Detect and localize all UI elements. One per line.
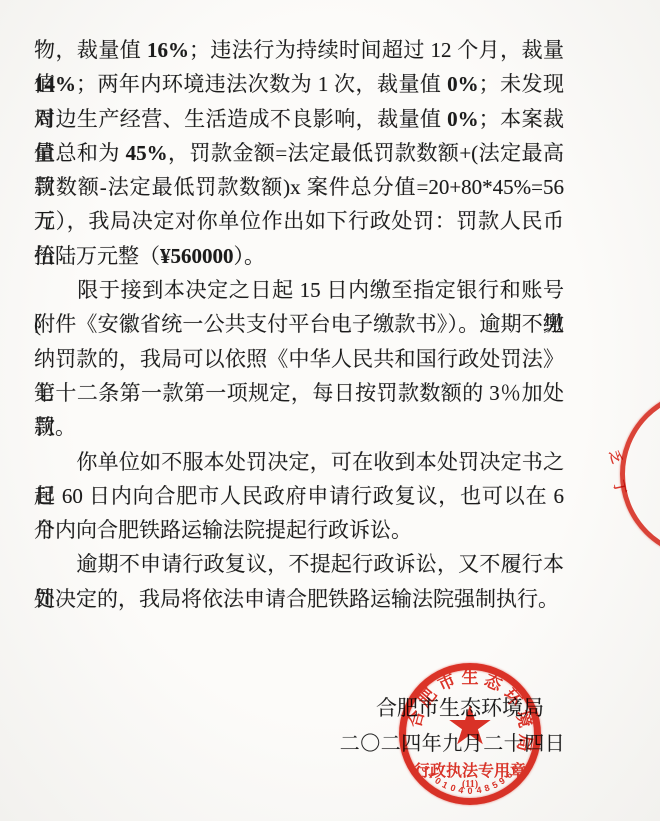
body-text: 款。 (34, 415, 76, 439)
seal-arc-character: 局 (514, 732, 535, 753)
document-line: 限于接到本决定之日起 15 日内缴至指定银行和账号(见 (34, 273, 564, 307)
document-line: 款数额-法定最低罚款数额)x 案件总分值=20+80*45%=56 万 (34, 170, 564, 204)
edge-partial-seal (620, 389, 660, 559)
body-text: 罚决定的，我局将依法申请合肥铁路运输法院强制执行。 (34, 587, 559, 611)
document-line: 罚决定的，我局将依法申请合肥铁路运输法院强制执行。 (34, 582, 564, 616)
emphasized-text: 16% (147, 38, 189, 62)
document-line: 七十二条第一款第一项规定，每日按罚款数额的 3％加处罚 (34, 376, 564, 410)
document-line: 附件《安徽省统一公共支付平台电子缴款书》）。逾期不缴 (34, 307, 564, 341)
document-line: 月内向合肥铁路运输法院提起行政诉讼。 (34, 513, 564, 547)
body-text: 月内向合肥铁路运输法院提起行政诉讼。 (34, 518, 412, 542)
emphasized-text: 14% (34, 72, 76, 96)
document-line: 周边生产经营、生活造成不良影响，裁量值 0%；本案裁量 (34, 102, 564, 136)
document-line: 拾陆万元整（¥560000）。 (34, 239, 564, 273)
document-line: 元），我局决定对你单位作出如下行政处罚：罚款人民币伍 (34, 204, 564, 238)
document-line: 14%；两年内环境违法次数为 1 次，裁量值 0%；未发现对 (34, 67, 564, 101)
body-text: 周边生产经营、生活造成不良影响，裁量值 (34, 107, 447, 131)
seal-code-digit: 0 (466, 786, 474, 796)
body-text: 拾陆万元整（ (34, 244, 160, 268)
document-body: 物，裁量值 16%；违法行为持续时间超过 12 个月，裁量值14%；两年内环境违… (34, 33, 564, 616)
document-line: 逾期不申请行政复议，不提起行政诉讼，又不履行本处 (34, 547, 564, 581)
official-seal: ★ 行政执法专用章 (11) 合肥市生态环境局3401040485963 (399, 663, 541, 805)
seal-arc-character: 生 (461, 669, 479, 687)
star-icon: ★ (446, 699, 494, 753)
scanned-penalty-decision-page: 物，裁量值 16%；违法行为持续时间超过 12 个月，裁量值14%；两年内环境违… (0, 0, 660, 821)
emphasized-text: 0% (447, 107, 479, 131)
body-text: ）。 (234, 244, 266, 268)
body-text: ；两年内环境违法次数为 1 次，裁量值 (76, 72, 447, 96)
body-text: 值总和为 (34, 141, 126, 165)
document-line: 你单位如不服本处罚决定，可在收到本处罚决定书之日 (34, 445, 564, 479)
body-text: 物，裁量值 (34, 38, 147, 62)
document-line: 起 60 日内向合肥市人民政府申请行政复议，也可以在 6 个 (34, 479, 564, 513)
document-line: 款。 (34, 410, 564, 444)
emphasized-text: 0% (447, 72, 479, 96)
body-text: 附件《安徽省统一公共支付平台电子缴款书》）。逾期不缴 (34, 312, 564, 336)
emphasized-text: ¥560000 (160, 244, 234, 268)
document-line: 物，裁量值 16%；违法行为持续时间超过 12 个月，裁量值 (34, 33, 564, 67)
emphasized-text: 45% (126, 141, 168, 165)
document-line: 纳罚款的，我局可以依照《中华人民共和国行政处罚法》第 (34, 342, 564, 376)
document-line: 值总和为 45%，罚款金额=法定最低罚款数额+(法定最高罚 (34, 136, 564, 170)
